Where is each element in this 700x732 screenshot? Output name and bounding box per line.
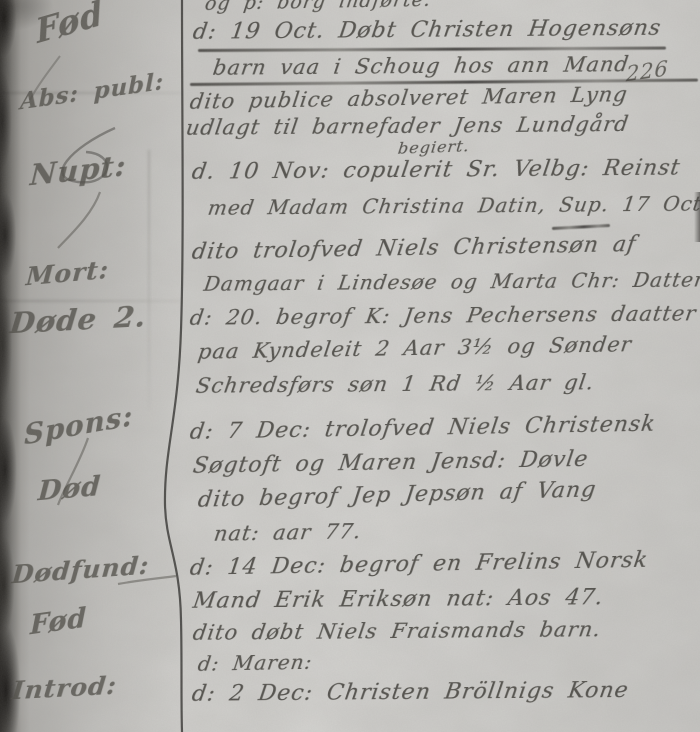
handwriting-line: d: 20. begrof K: Jens Pechersens daatter	[188, 302, 698, 330]
handwriting-line: Schredsførs søn 1 Rd ½ Aar gl.	[194, 371, 596, 399]
column-divider-rule	[165, 0, 183, 732]
scanned-register-page: 226 og p: borg indførte.d: 19 Oct. Døbt …	[0, 0, 700, 732]
handwriting-line: nat: aar 77.	[212, 519, 363, 546]
margin-label: Introd:	[10, 670, 118, 705]
handwriting-line: Damgaar i Lindesøe og Marta Chr: Datter.	[202, 268, 700, 296]
handwriting-line: barn vaa i Schoug hos ann Mand	[211, 52, 631, 80]
pen-flourish	[58, 192, 100, 248]
handwriting-line: med Madam Christina Datin, Sup. 17 Oct 7…	[206, 191, 700, 220]
handwriting-line: d: 19 Oct. Døbt Christen Hogensøns	[191, 16, 663, 45]
handwriting-line: d. 10 Nov: copulerit Sr. Velbg: Reinst	[190, 156, 682, 185]
handwriting-line: Mand Erik Eriksøn nat: Aos 47.	[191, 585, 605, 614]
margin-label: Død	[37, 470, 102, 507]
handwriting-line: d: Maren:	[196, 650, 314, 676]
handwriting-line: d: 2 Dec: Christen Bröllnigs Kone	[190, 678, 630, 707]
handwriting-line: begiert.	[397, 136, 471, 158]
handwriting-line: dito døbt Niels Fraismands barn.	[191, 617, 603, 645]
handwriting-line: udlagt til barnefader Jens Lundgård	[184, 112, 630, 140]
